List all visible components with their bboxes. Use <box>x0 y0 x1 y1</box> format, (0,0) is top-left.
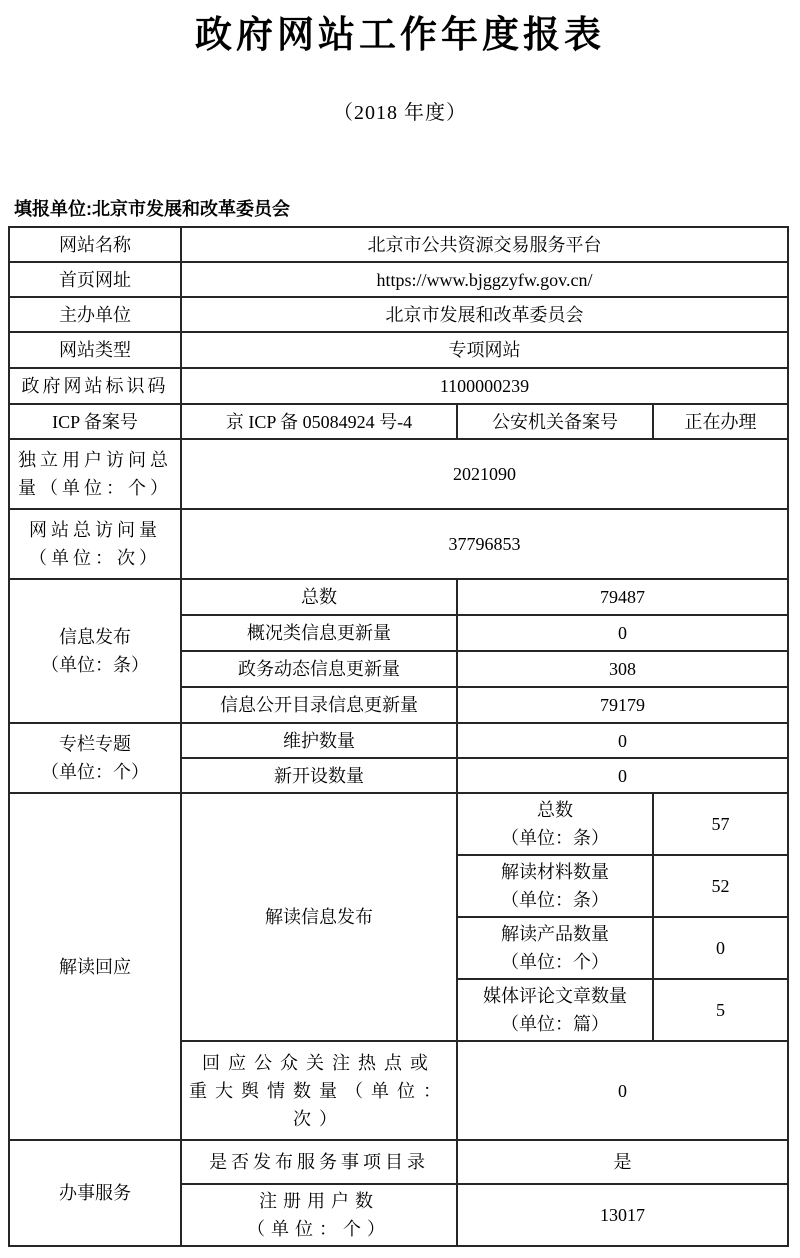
interp-products-label: 解读产品数量 （单位：个） <box>457 917 653 979</box>
homepage-url-label: 首页网址 <box>9 262 181 297</box>
row-info-publish-total: 信息发布 （单位：条） 总数 79487 <box>9 579 788 615</box>
interp-total-value: 57 <box>653 793 788 855</box>
unique-visitors-label: 独立用户访问总 量（单位：个） <box>9 439 181 509</box>
public-response-label: 回应公众关注热点或 重大舆情数量（单位： 次） <box>181 1041 457 1140</box>
row-icp: ICP 备案号 京 ICP 备 05084924 号-4 公安机关备案号 正在办… <box>9 404 788 439</box>
sponsor-unit-label: 主办单位 <box>9 297 181 332</box>
info-publish-total-value: 79487 <box>457 579 788 615</box>
service-catalog-label: 是否发布服务事项目录 <box>181 1140 457 1184</box>
info-publish-section-label: 信息发布 （单位：条） <box>9 579 181 723</box>
registered-users-value: 13017 <box>457 1184 788 1246</box>
info-publish-overview-value: 0 <box>457 615 788 651</box>
sponsor-unit-value: 北京市发展和改革委员会 <box>181 297 788 332</box>
reporting-unit: 填报单位:北京市发展和改革委员会 <box>14 198 800 220</box>
interpretation-publish-label: 解读信息发布 <box>181 793 457 1041</box>
total-visits-label: 网站总访问量 （单位：次） <box>9 509 181 579</box>
row-site-type: 网站类型 专项网站 <box>9 332 788 368</box>
info-publish-catalog-label: 信息公开目录信息更新量 <box>181 687 457 723</box>
interp-products-value: 0 <box>653 917 788 979</box>
site-name-value: 北京市公共资源交易服务平台 <box>181 227 788 262</box>
columns-maintained-value: 0 <box>457 723 788 758</box>
info-publish-news-label: 政务动态信息更新量 <box>181 651 457 687</box>
annual-report-table: 网站名称 北京市公共资源交易服务平台 首页网址 https://www.bjgg… <box>8 226 789 1247</box>
columns-new-label: 新开设数量 <box>181 758 457 793</box>
services-section-label: 办事服务 <box>9 1140 181 1246</box>
row-total-visits: 网站总访问量 （单位：次） 37796853 <box>9 509 788 579</box>
columns-maintained-label: 维护数量 <box>181 723 457 758</box>
info-publish-total-label: 总数 <box>181 579 457 615</box>
interp-materials-label: 解读材料数量 （单位：条） <box>457 855 653 917</box>
total-visits-value: 37796853 <box>181 509 788 579</box>
row-site-name: 网站名称 北京市公共资源交易服务平台 <box>9 227 788 262</box>
row-homepage-url: 首页网址 https://www.bjggzyfw.gov.cn/ <box>9 262 788 297</box>
site-id-code-label: 政府网站标识码 <box>9 368 181 404</box>
public-response-value: 0 <box>457 1041 788 1140</box>
homepage-url-value: https://www.bjggzyfw.gov.cn/ <box>181 262 788 297</box>
interp-media-label: 媒体评论文章数量 （单位：篇） <box>457 979 653 1041</box>
interp-total-label: 总数 （单位：条） <box>457 793 653 855</box>
service-catalog-value: 是 <box>457 1140 788 1184</box>
row-interp-total: 解读回应 解读信息发布 总数 （单位：条） 57 <box>9 793 788 855</box>
info-publish-overview-label: 概况类信息更新量 <box>181 615 457 651</box>
row-service-catalog: 办事服务 是否发布服务事项目录 是 <box>9 1140 788 1184</box>
site-type-label: 网站类型 <box>9 332 181 368</box>
police-record-value: 正在办理 <box>653 404 788 439</box>
site-type-value: 专项网站 <box>181 332 788 368</box>
special-columns-section-label: 专栏专题 （单位：个） <box>9 723 181 793</box>
info-publish-catalog-value: 79179 <box>457 687 788 723</box>
site-id-code-value: 1100000239 <box>181 368 788 404</box>
interp-materials-value: 52 <box>653 855 788 917</box>
registered-users-label: 注册用户数 （单位：个） <box>181 1184 457 1246</box>
interpretation-section-label: 解读回应 <box>9 793 181 1140</box>
row-site-id-code: 政府网站标识码 1100000239 <box>9 368 788 404</box>
icp-label: ICP 备案号 <box>9 404 181 439</box>
icp-value: 京 ICP 备 05084924 号-4 <box>181 404 457 439</box>
info-publish-news-value: 308 <box>457 651 788 687</box>
page-title: 政府网站工作年度报表 <box>0 14 800 56</box>
interp-media-value: 5 <box>653 979 788 1041</box>
site-name-label: 网站名称 <box>9 227 181 262</box>
unique-visitors-value: 2021090 <box>181 439 788 509</box>
page-subtitle: （2018 年度） <box>0 100 800 126</box>
row-columns-maintained: 专栏专题 （单位：个） 维护数量 0 <box>9 723 788 758</box>
row-sponsor-unit: 主办单位 北京市发展和改革委员会 <box>9 297 788 332</box>
columns-new-value: 0 <box>457 758 788 793</box>
police-record-label: 公安机关备案号 <box>457 404 653 439</box>
row-unique-visitors: 独立用户访问总 量（单位：个） 2021090 <box>9 439 788 509</box>
